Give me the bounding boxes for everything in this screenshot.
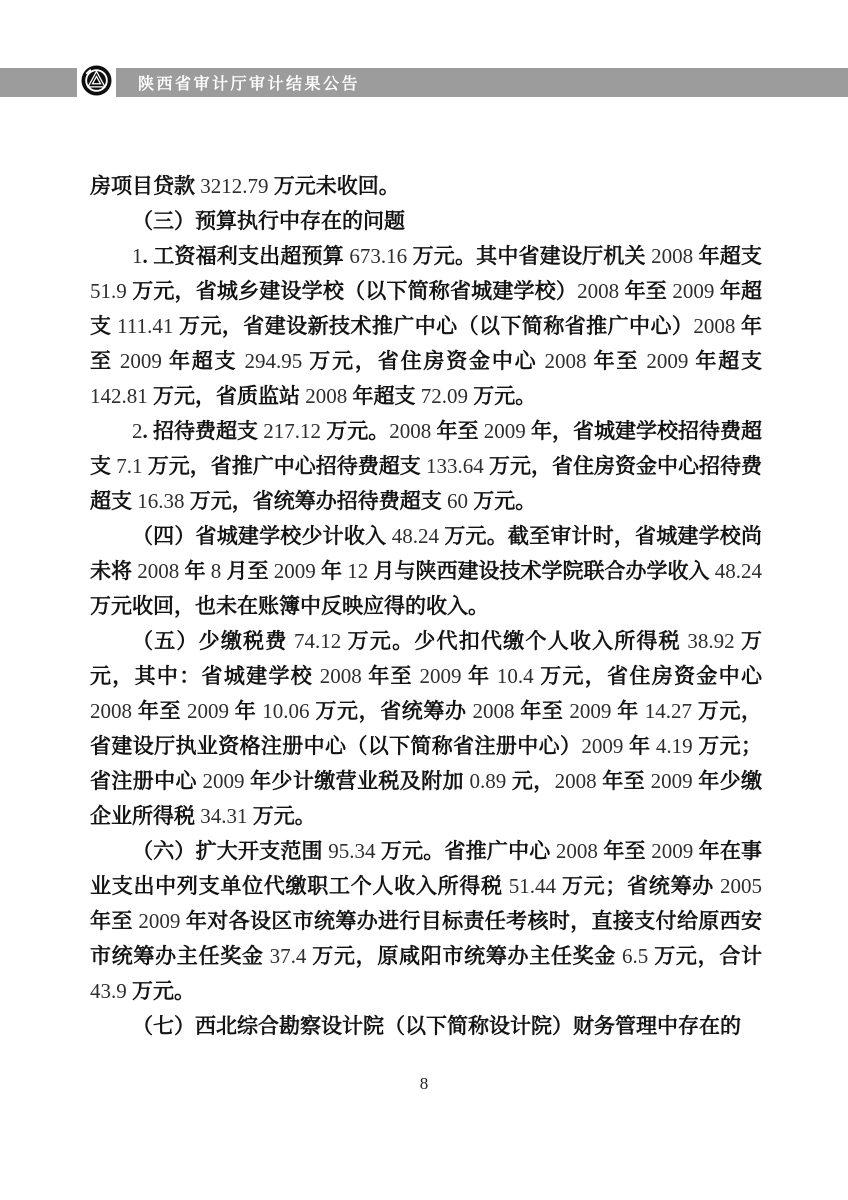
audit-emblem-icon [81,65,112,96]
page-number: 8 [0,1074,848,1094]
numeric-value: 2008 [651,244,693,268]
numeric-value: 2008 [545,349,587,373]
paragraph: （七）西北综合勘察设计院（以下简称设计院）财务管理中存在的 [90,1009,762,1044]
numeric-value: 1 [132,244,143,268]
numeric-value: 111.41 [117,314,173,338]
numeric-value: 2009 [203,769,245,793]
numeric-value: 2009 [651,769,693,793]
numeric-value: 6.5 [622,944,648,968]
paragraph: 2. 招待费超支 217.12 万元。2008 年至 2009 年，省城建学校招… [90,414,762,519]
header-title: 陕西省审计厅审计结果公告 [138,71,360,94]
numeric-value: 2009 [672,279,714,303]
numeric-value: 2009 [484,419,526,443]
numeric-value: 133.64 [426,454,484,478]
numeric-value: 2009 [646,349,688,373]
document-body: 房项目贷款 3212.79 万元未收回。（三）预算执行中存在的问题1. 工资福利… [90,169,762,1044]
numeric-value: 16.38 [137,489,184,513]
numeric-value: 673.16 [349,244,407,268]
numeric-value: 48.24 [392,524,439,548]
numeric-value: 95.34 [328,839,375,863]
numeric-value: 10.4 [497,664,534,688]
numeric-value: 2009 [120,349,162,373]
numeric-value: 2008 [320,664,362,688]
numeric-value: 2009 [419,664,461,688]
numeric-value: 37.4 [270,944,307,968]
numeric-value: 2009 [569,699,611,723]
numeric-value: 2008 [556,839,598,863]
numeric-value: 2009 [274,559,316,583]
numeric-value: 2008 [90,699,132,723]
numeric-value: 0.89 [470,769,507,793]
paragraph: （六）扩大开支范围 95.34 万元。省推广中心 2008 年至 2009 年在… [90,834,762,1009]
numeric-value: 2008 [555,769,597,793]
header-bar-left-segment [0,68,77,97]
header-bar: 陕西省审计厅审计结果公告 [116,68,848,97]
numeric-value: 2008 [472,699,514,723]
numeric-value: 51.9 [90,279,127,303]
numeric-value: 217.12 [263,419,321,443]
numeric-value: 60 [447,489,468,513]
numeric-value: 12 [347,559,368,583]
numeric-value: 2008 [577,279,619,303]
numeric-value: 2009 [138,909,180,933]
numeric-value: 34.31 [200,804,247,828]
numeric-value: 51.44 [509,874,556,898]
numeric-value: 4.19 [656,734,693,758]
numeric-value: 48.24 [715,559,762,583]
numeric-value: 2009 [187,699,229,723]
numeric-value: 72.09 [421,384,468,408]
numeric-value: 2009 [651,839,693,863]
paragraph: （三）预算执行中存在的问题 [90,204,762,239]
numeric-value: 14.27 [645,699,692,723]
numeric-value: 2008 [693,314,735,338]
numeric-value: 2 [132,419,143,443]
numeric-value: 74.12 [294,629,341,653]
document-page: 陕西省审计厅审计结果公告 房项目贷款 3212.79 万元未收回。（三）预算执行… [0,0,848,1200]
numeric-value: 2005 [720,874,762,898]
numeric-value: 2008 [137,559,179,583]
numeric-value: 43.9 [90,979,127,1003]
numeric-value: 2008 [305,384,347,408]
numeric-value: 294.95 [244,349,302,373]
numeric-value: 8 [211,559,222,583]
numeric-value: 38.92 [687,629,734,653]
numeric-value: 3212.79 [200,174,268,198]
paragraph: 房项目贷款 3212.79 万元未收回。 [90,169,762,204]
numeric-value: 2008 [389,419,431,443]
numeric-value: 2009 [581,734,623,758]
paragraph: 1. 工资福利支出超预算 673.16 万元。其中省建设厅机关 2008 年超支… [90,239,762,414]
paragraph: （五）少缴税费 74.12 万元。少代扣代缴个人收入所得税 38.92 万元，其… [90,624,762,834]
numeric-value: 10.06 [262,699,309,723]
paragraph: （四）省城建学校少计收入 48.24 万元。截至审计时，省城建学校尚未将 200… [90,519,762,624]
numeric-value: 7.1 [116,454,142,478]
numeric-value: 142.81 [90,384,148,408]
